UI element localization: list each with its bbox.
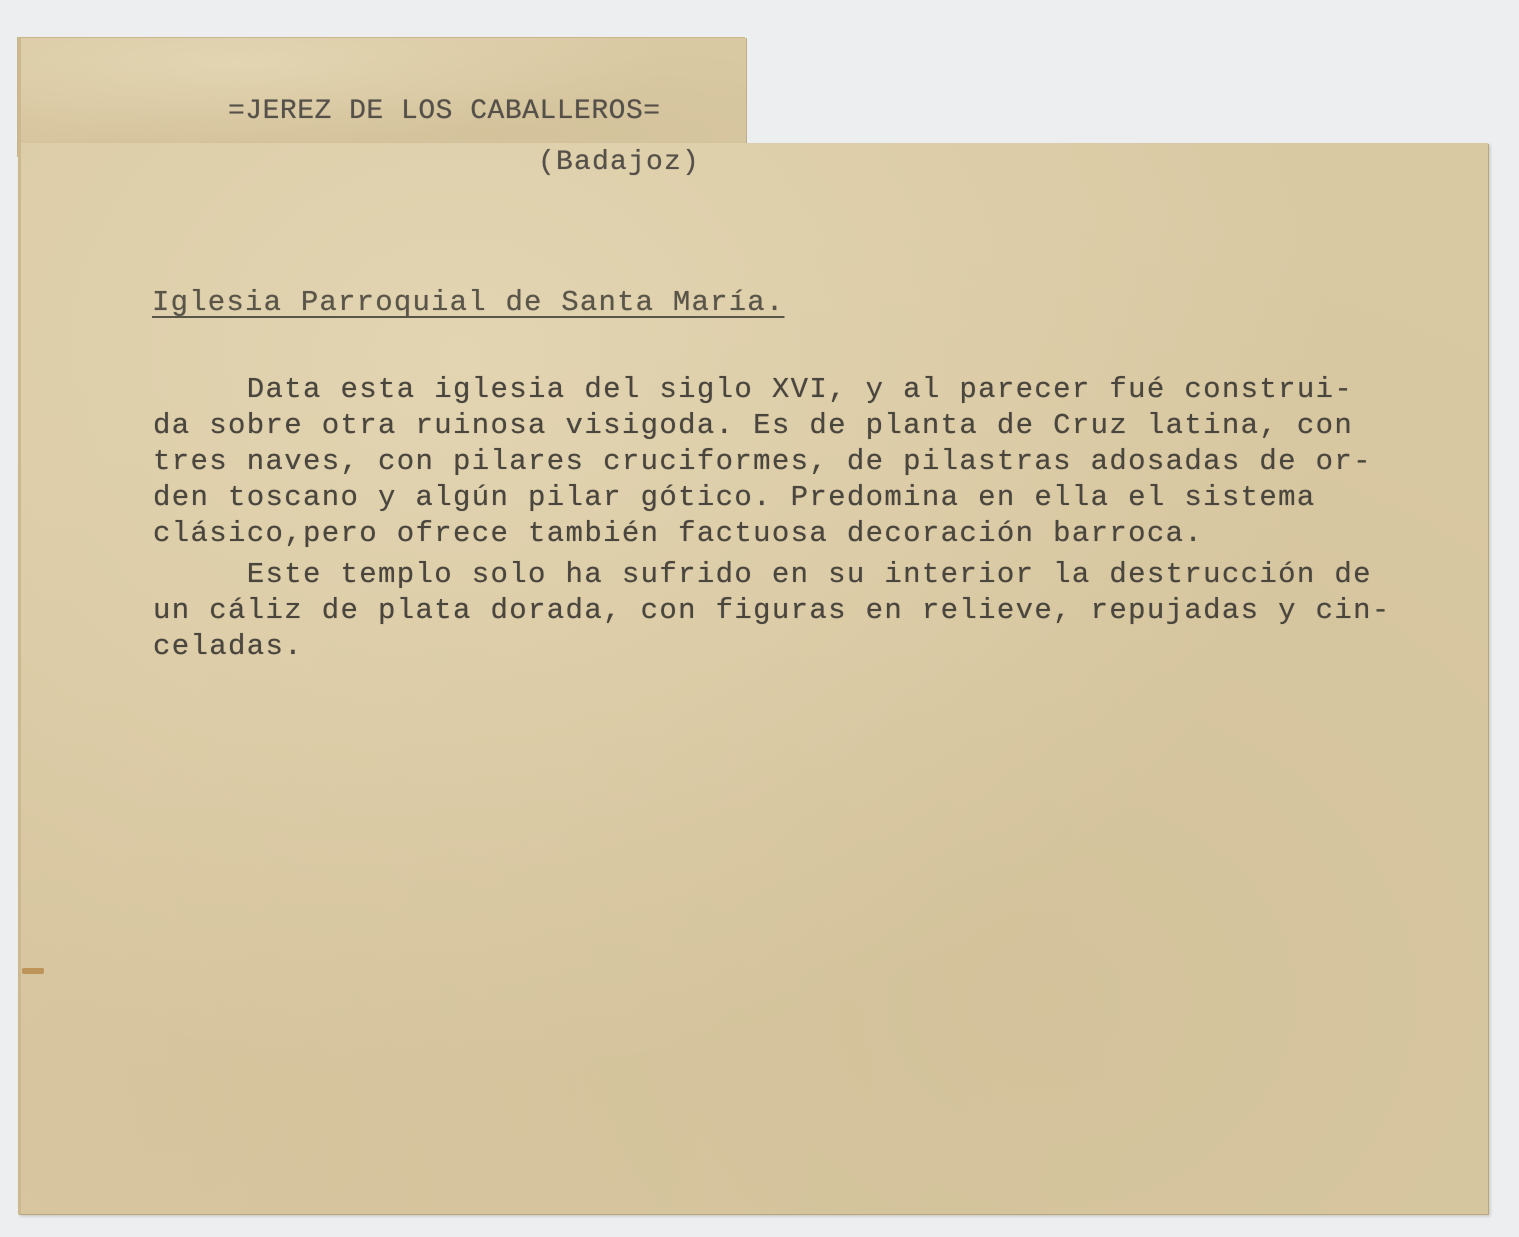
paragraph-2: Este templo solo ha sufrido en su interi… xyxy=(153,557,1391,665)
section-heading: Iglesia Parroquial de Santa María. xyxy=(152,286,785,319)
text-line: clásico,pero ofrece también factuosa dec… xyxy=(153,516,1372,552)
text-line: un cáliz de plata dorada, con figuras en… xyxy=(153,593,1391,629)
card-edge xyxy=(18,38,21,1214)
text-line: da sobre otra ruinosa visigoda. Es de pl… xyxy=(153,408,1372,444)
text-line: Data esta iglesia del siglo XVI, y al pa… xyxy=(153,372,1372,408)
text-line: celadas. xyxy=(153,629,1391,665)
archive-card: =JEREZ DE LOS CABALLEROS= (Badajoz) Igle… xyxy=(0,0,1519,1237)
text-line: den toscano y algún pilar gótico. Predom… xyxy=(153,480,1372,516)
paragraph-1: Data esta iglesia del siglo XVI, y al pa… xyxy=(153,372,1372,552)
text-line: tres naves, con pilares cruciformes, de … xyxy=(153,444,1372,480)
document-subtitle: (Badajoz) xyxy=(538,147,700,178)
text-line: Este templo solo ha sufrido en su interi… xyxy=(153,557,1391,593)
document-title: =JEREZ DE LOS CABALLEROS= xyxy=(228,96,661,127)
paper-stain xyxy=(22,968,44,974)
